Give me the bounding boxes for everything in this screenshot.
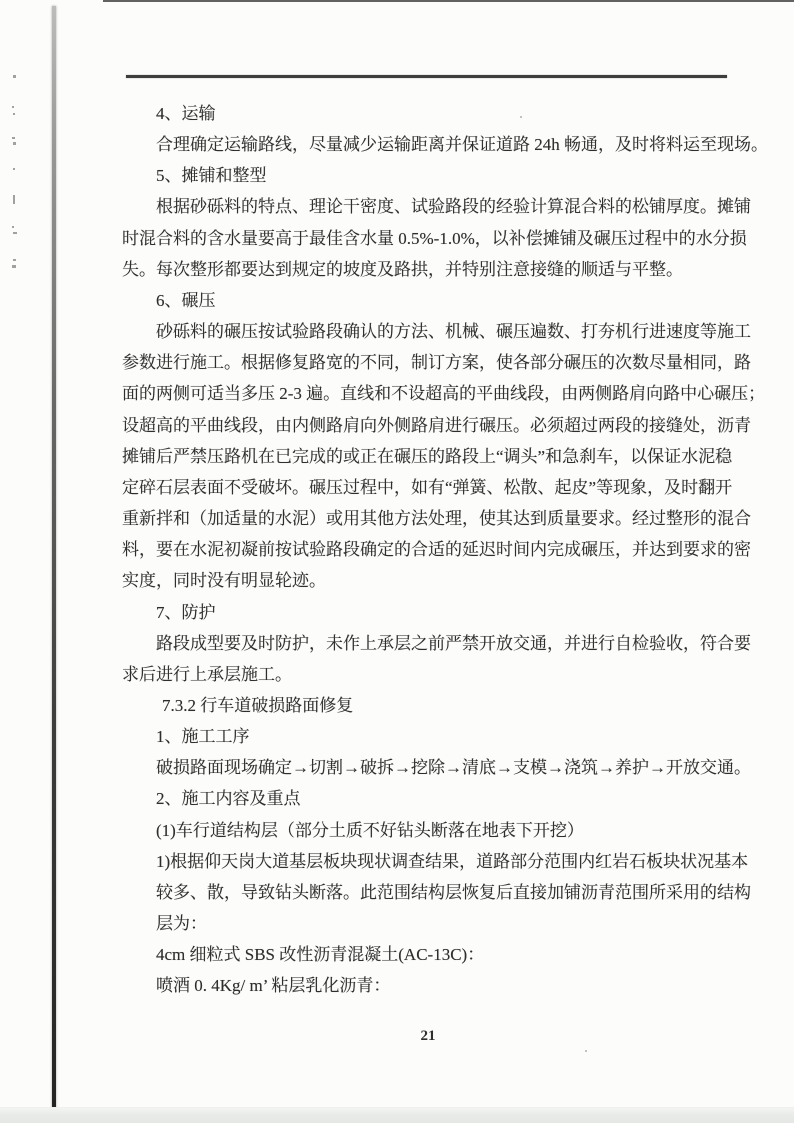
text-line: 7、防护 — [122, 597, 762, 628]
scanned-page: 4、运输合理确定运输路线，尽量减少运输距离并保证道路 24h 畅通，及时将料运至… — [0, 0, 794, 1123]
text-line: 定碎石层表面不受破坏。碾压过程中，如有“弹簧、松散、起皮”等现象，及时翻开 — [122, 472, 762, 503]
document-body: 4、运输合理确定运输路线，尽量减少运输距离并保证道路 24h 畅通，及时将料运至… — [122, 98, 762, 1002]
text-line: 重新拌和（加适量的水泥）或用其他方法处理，使其达到质量要求。经过整形的混合 — [122, 503, 762, 534]
text-line: 2、施工内容及重点 — [122, 783, 762, 814]
scan-edge-top — [103, 0, 794, 2]
margin-mark — [13, 142, 16, 145]
scan-footer-strip — [0, 1107, 794, 1123]
text-line: 根据砂砾料的特点、理论干密度、试验路段的经验计算混合料的松铺厚度。摊铺 — [122, 191, 762, 222]
margin-mark — [13, 259, 16, 261]
text-line: 实度，同时没有明显轮迹。 — [122, 565, 762, 596]
scan-edge-line — [52, 6, 56, 1108]
margin-mark — [13, 75, 16, 78]
text-line: 求后进行上承层施工。 — [122, 659, 762, 690]
text-line: 摊铺后严禁压路机在已完成的或正在碾压的路段上“调头”和急刹车，以保证水泥稳 — [122, 441, 762, 472]
text-line: 5、摊铺和整型 — [122, 160, 762, 191]
text-line: 失。每次整形都要达到规定的坡度及路拱，并特别注意接缝的顺适与平整。 — [122, 254, 762, 285]
text-line: 设超高的平曲线段，由内侧路肩向外侧路肩进行碾压。必须超过两段的接缝处，沥青 — [122, 410, 762, 441]
text-line: 参数进行施工。根据修复路宽的不同，制订方案，使各部分碾压的次数尽量相同，路 — [122, 347, 762, 378]
text-line: 时混合料的含水量要高于最佳含水量 0.5%-1.0%，以补偿摊铺及碾压过程中的水… — [122, 223, 762, 254]
text-line: 1、施工工序 — [122, 721, 762, 752]
text-line: 较多、散，导致钻头断落。此范围结构层恢复后直接加铺沥青范围所采用的结构 — [122, 877, 762, 908]
text-line: 层为： — [122, 908, 762, 939]
margin-mark — [12, 265, 16, 268]
margin-mark — [13, 168, 15, 170]
text-line: 路段成型要及时防护，未作上承层之前严禁开放交通，并进行自检验收，符合要 — [122, 628, 762, 659]
margin-mark — [13, 113, 15, 115]
text-line: 6、碾压 — [122, 285, 762, 316]
margin-mark — [12, 137, 15, 139]
header-rule — [126, 75, 727, 78]
dust-speck — [585, 1050, 587, 1052]
text-line: 4cm 细粒式 SBS 改性沥青混凝土(AC-13C)： — [122, 939, 762, 970]
text-line: 砂砾料的碾压按试验路段确认的方法、机械、碾压遍数、打夯机行进速度等施工 — [122, 316, 762, 347]
margin-mark — [13, 232, 17, 234]
text-line: 1)根据仰天岗大道基层板块现状调查结果，道路部分范围内红岩石板块状况基本 — [122, 846, 762, 877]
text-line: 料，要在水泥初凝前按试验路段确定的合适的延迟时间内完成碾压，并达到要求的密 — [122, 534, 762, 565]
margin-mark — [12, 106, 14, 108]
text-line: 喷酒 0. 4Kg/ m’ 粘层乳化沥青： — [122, 970, 762, 1001]
margin-mark — [13, 195, 15, 204]
text-line: 面的两侧可适当多压 2-3 遍。直线和不设超高的平曲线段，由两侧路肩向路中心碾压… — [122, 378, 762, 409]
text-line: 7.3.2 行车道破损路面修复 — [122, 690, 762, 721]
text-line: 破损路面现场确定→切割→破拆→挖除→清底→支模→浇筑→养护→开放交通。 — [122, 752, 762, 783]
text-line: 合理确定运输路线，尽量减少运输距离并保证道路 24h 畅通，及时将料运至现场。 — [122, 129, 762, 160]
margin-mark — [12, 226, 14, 228]
page-number: 21 — [122, 1028, 734, 1045]
text-line: 4、运输 — [122, 98, 762, 129]
text-line: (1)车行道结构层（部分土质不好钻头断落在地表下开挖） — [122, 815, 762, 846]
